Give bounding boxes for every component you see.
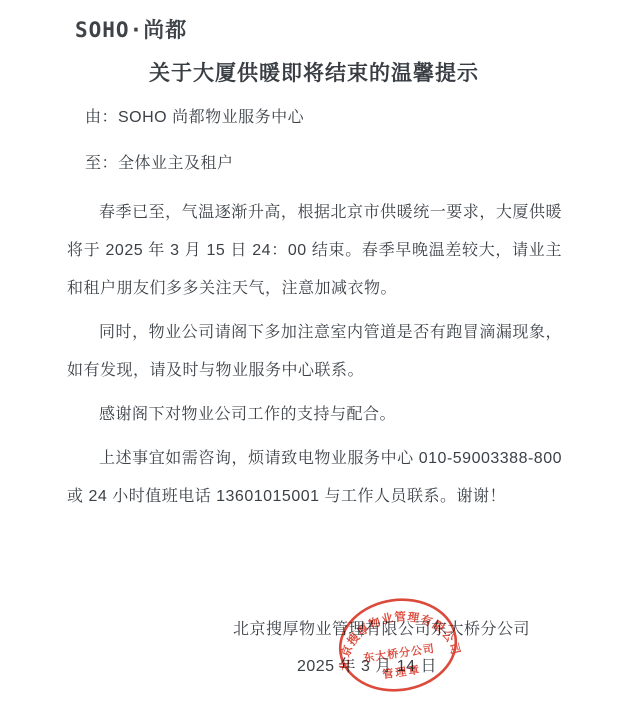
notice-title: 关于大厦供暖即将结束的温馨提示	[0, 57, 628, 87]
notice-body: 春季已至，气温逐渐升高，根据北京市供暖统一要求，大厦供暖将于 2025 年 3 …	[67, 194, 562, 522]
company-seal-stamp: 北京搜厚物业管理有限公司 东大桥分公司 管理章	[330, 589, 466, 701]
soho-shangdu-logo: SOHO·尚都	[75, 14, 187, 44]
paragraph-pipe-check: 同时，物业公司请阁下多加注意室内管道是否有跑冒滴漏现象，如有发现，请及时与物业服…	[67, 314, 562, 390]
seal-ellipse-border	[334, 592, 461, 697]
to-line: 至：全体业主及租户	[85, 150, 234, 173]
from-line: 由：SOHO 尚都物业服务中心	[85, 104, 304, 127]
paragraph-contact: 上述事宜如需咨询，烦请致电物业服务中心 010-59003388-800 或 2…	[67, 440, 562, 516]
paragraph-heating-end: 春季已至，气温逐渐升高，根据北京市供暖统一要求，大厦供暖将于 2025 年 3 …	[67, 194, 562, 308]
seal-svg: 北京搜厚物业管理有限公司 东大桥分公司 管理章	[330, 589, 466, 701]
signature-date: 2025 年 3 月 14 日	[297, 653, 437, 676]
paragraph-thanks: 感谢阁下对物业公司工作的支持与配合。	[67, 396, 562, 434]
signature-company: 北京搜厚物业管理有限公司东大桥分公司	[233, 616, 530, 639]
notice-document: SOHO·尚都 关于大厦供暖即将结束的温馨提示 由：SOHO 尚都物业服务中心 …	[0, 0, 628, 701]
